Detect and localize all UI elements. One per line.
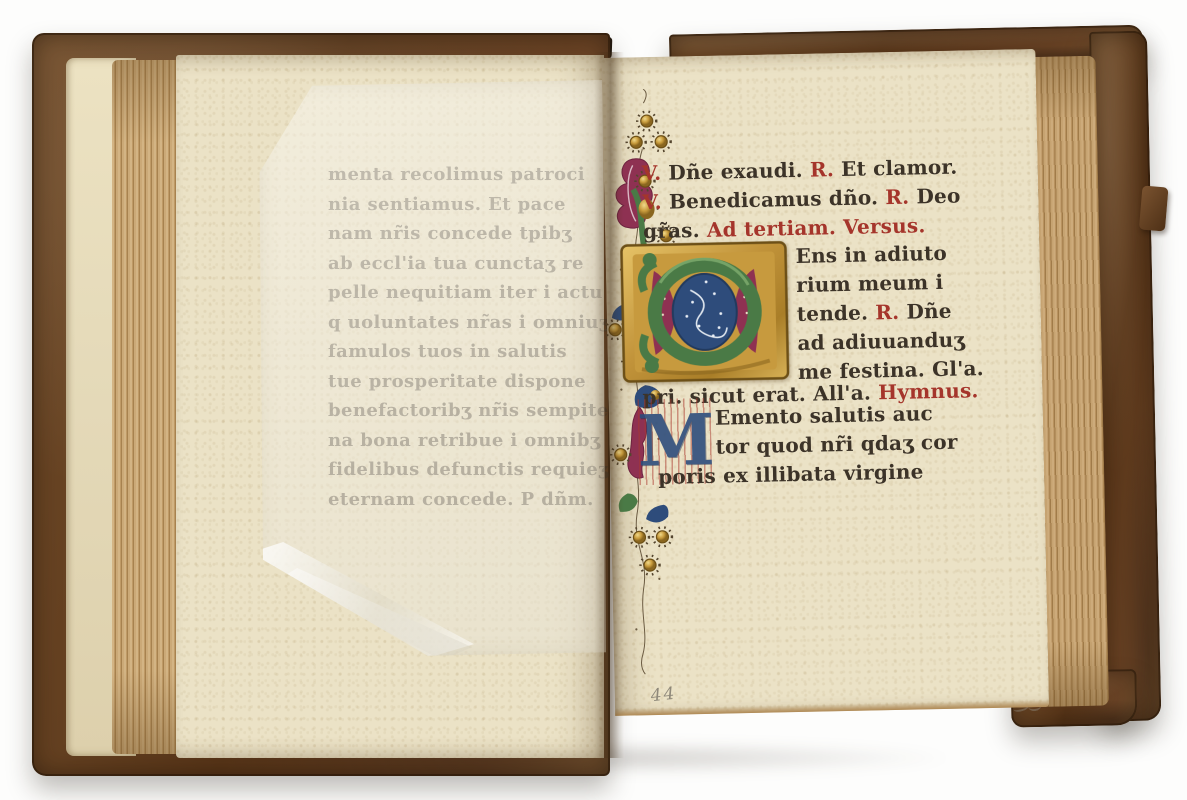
photo-stage: menta recolimus patrocinia sentiamus. Et… [0,0,1187,800]
rubric-lines: V. Dñe exaudi. R. Et clamor.V. Benedica… [642,153,962,247]
hymn-lines: Emento salutis auctor quod nr̃i qdaʒ cor… [715,399,959,491]
leaf-green-lower [619,493,638,512]
illuminated-initial-d [619,240,790,383]
right-page-bottom-edge [615,700,1049,716]
right-page: V. Dñe exaudi. R. Et clamor.V. Benedica… [601,49,1049,716]
initial-blue-boss [672,273,738,350]
text-beside-initial: Ens in adiutorium meum itende. R. Dñead… [795,238,984,387]
right-side-assembly: V. Dñe exaudi. R. Et clamor.V. Benedica… [597,18,1178,760]
leaf-blue-lower [646,505,669,523]
pencil-mark-44: 44 [650,684,678,707]
left-page-block-edges [112,60,184,754]
clasp-stub [1139,185,1169,231]
tissue-guard-overlay [256,80,606,658]
